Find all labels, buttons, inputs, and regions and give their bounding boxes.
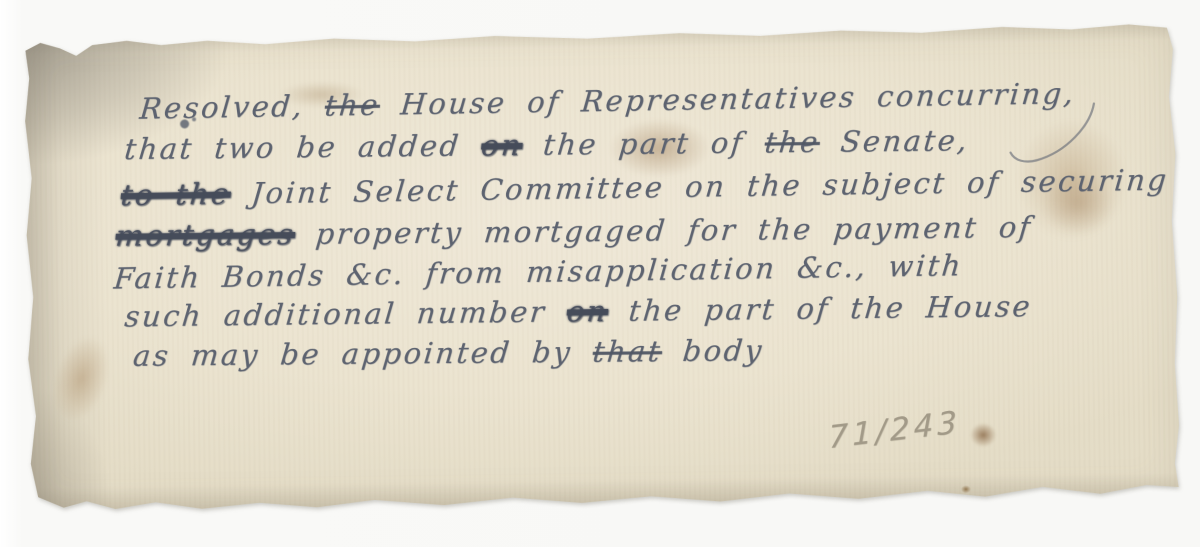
manuscript-paper-wrapper: Resolved, the House of Representatives c… [23, 20, 1181, 511]
manuscript-line: such additional number on the part of th… [123, 289, 1034, 333]
handwritten-text-struck: the [763, 125, 821, 160]
handwritten-text: Resolved, [138, 89, 326, 126]
handwritten-text: Faith Bonds &c. from misapplication &c.,… [112, 248, 964, 295]
handwritten-text: as may be appointed by [132, 335, 595, 373]
stain [961, 485, 971, 493]
catalog-number: 71/243 [828, 404, 961, 456]
manuscript-paper: Resolved, the House of Representatives c… [23, 20, 1181, 511]
stain [970, 423, 996, 447]
handwritten-text: Senate, [818, 123, 970, 159]
manuscript-line: Resolved, the House of Representatives c… [138, 76, 1077, 126]
stain [44, 329, 120, 428]
handwritten-text-struck: the [323, 88, 381, 123]
handwritten-text: body [660, 333, 765, 368]
handwritten-text: the part of [521, 125, 767, 162]
handwritten-text: House of Representatives concurring, [378, 76, 1077, 122]
handwritten-text-struck: that [591, 334, 664, 369]
handwritten-text-struck: to the [119, 177, 232, 213]
handwritten-text: Joint Select Committee on the subject of… [229, 163, 1170, 211]
handwritten-text-struck: mortgages [114, 217, 297, 253]
handwritten-text-struck: on [565, 294, 609, 329]
manuscript-line: mortgages property mortgaged for the pay… [114, 210, 1034, 253]
manuscript-line: Faith Bonds &c. from misapplication &c.,… [112, 248, 964, 295]
manuscript-line: that two be added on the part of the Sen… [123, 123, 971, 166]
handwritten-text: such additional number [123, 294, 568, 333]
handwritten-text: the part of the House [607, 289, 1034, 328]
handwritten-text-struck: on [480, 128, 524, 162]
manuscript-line: as may be appointed by that body [132, 333, 766, 373]
handwritten-text: that two be added [123, 128, 483, 166]
manuscript-line: to the Joint Select Committee on the sub… [119, 163, 1170, 213]
handwritten-text: property mortgaged for the payment of [293, 210, 1033, 251]
